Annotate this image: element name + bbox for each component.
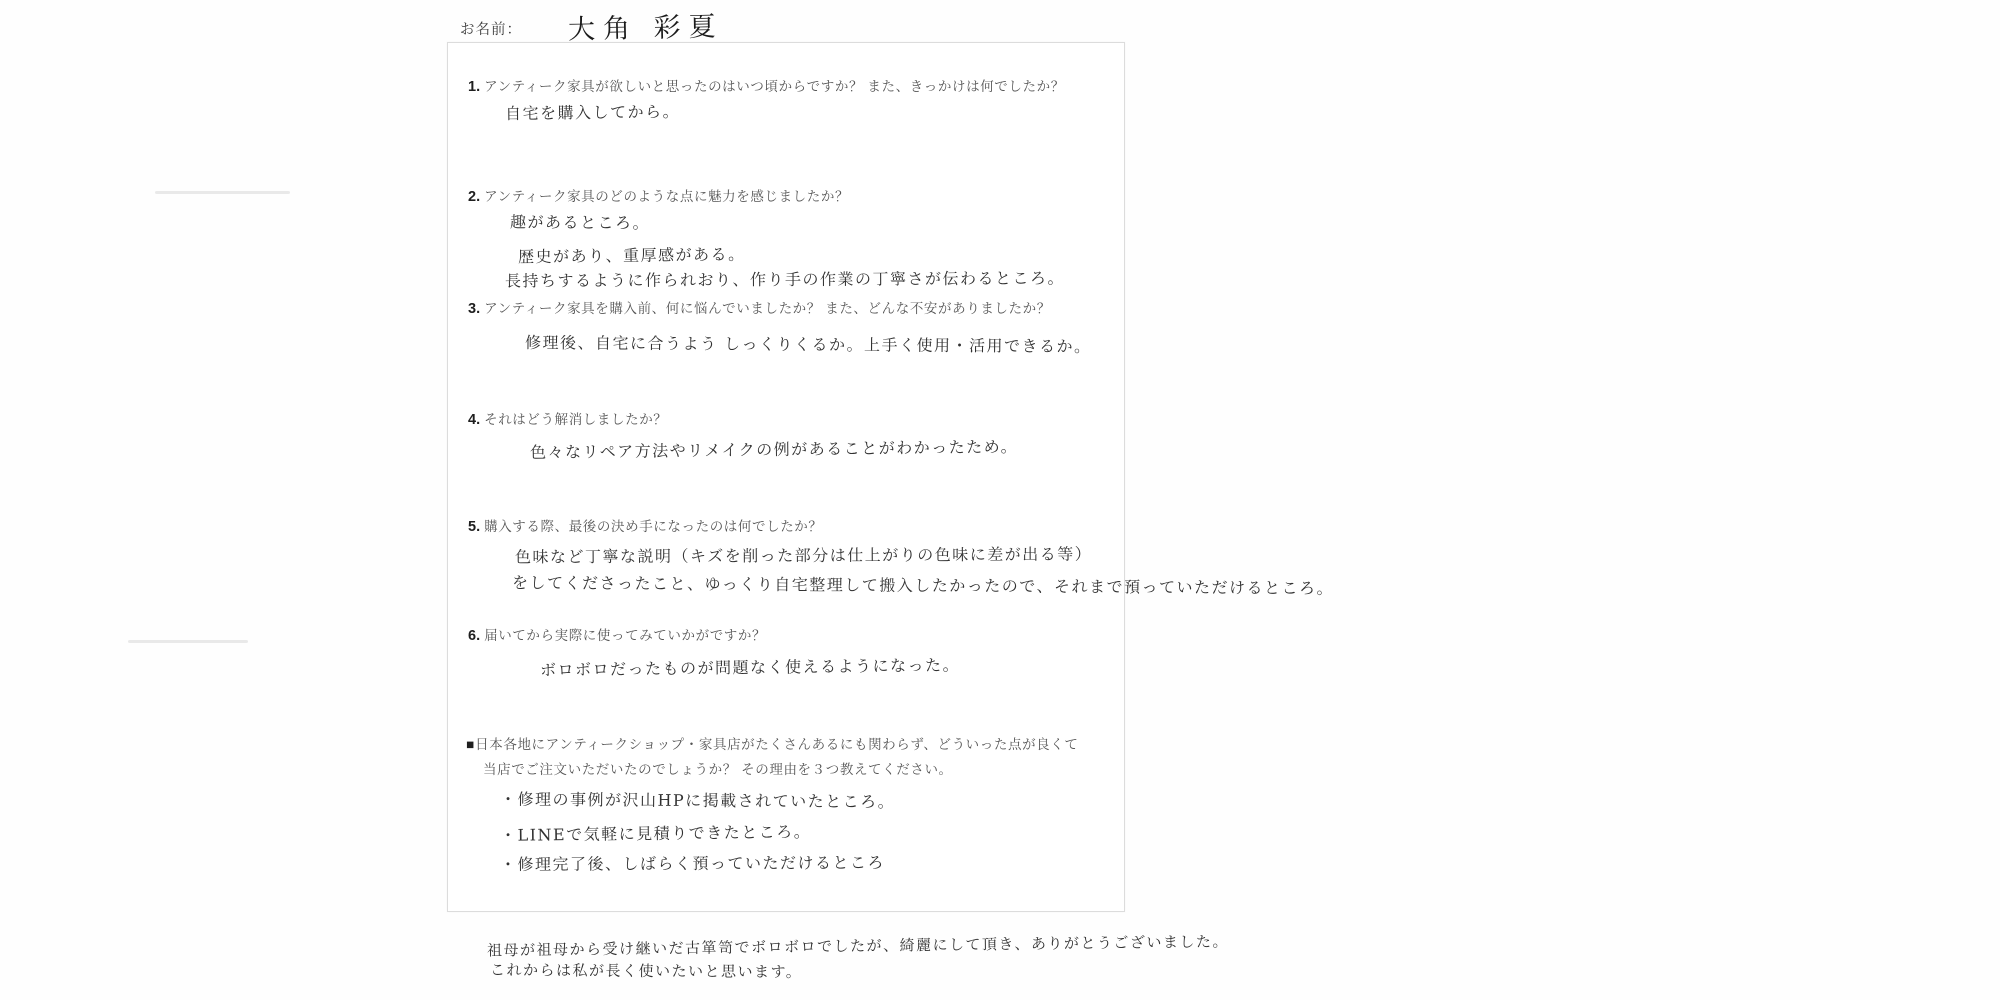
question-4: 4.それはどう解消しましたか？ [468,408,667,429]
footer-comment-line-2: これからは私が長く使いたいと思います。 [490,959,802,982]
answer-2-line-2: 歴史があり、重厚感がある。 [518,242,746,268]
question-3: 3.アンティーク家具を購入前、何に悩んでいましたか？ また、どんな不安がありまし… [468,297,1051,318]
name-label: お名前： [460,18,522,39]
handwritten-name: 大角 彩夏 [568,4,724,46]
final-question-line-1: ■日本各地にアンティークショップ・家具店がたくさんあるにも関わらず、どういった点… [466,733,1079,754]
final-answer-line-3: ・修理完了後、しばらく預っていただけるところ [500,850,885,875]
footer-comment-line-1: 祖母が祖母から受け継いだ古箪笥でボロボロでしたが、綺麗にして頂き、ありがとうござ… [487,930,1229,960]
question-6-number: 6. [468,628,480,644]
question-5: 5.購入する際、最後の決め手になったのは何でしたか？ [468,515,823,536]
question-2-text: アンティーク家具のどのような点に魅力を感じましたか？ [484,189,849,204]
answer-5-line-1: 色味など丁寧な説明（キズを削った部分は仕上がりの色味に差が出る等） [515,541,1092,567]
final-question-line-2: 当店でご注文いただいたのでしょうか？ その理由を３つ教えてください。 [483,758,953,779]
scan-artifact [155,191,290,194]
question-3-text: アンティーク家具を購入前、何に悩んでいましたか？ また、どんな不安がありましたか… [484,301,1051,316]
question-6-text: 届いてから実際に使ってみていかがですか？ [484,628,766,643]
question-1-number: 1. [468,79,480,95]
question-6: 6.届いてから実際に使ってみていかがですか？ [468,624,766,645]
answer-2-line-3: 長持ちするように作られおり、作り手の作業の丁寧さが伝わるところ。 [505,266,1065,292]
question-1: 1.アンティーク家具が欲しいと思ったのはいつ頃からですか？ また、きっかけは何で… [468,75,1065,96]
question-5-number: 5. [468,519,480,535]
question-2-number: 2. [468,189,480,205]
answer-2-line-1: 趣があるところ。 [510,210,650,234]
answer-1-line-1: 自宅を購入してから。 [505,99,680,124]
questionnaire-box [447,42,1125,912]
question-3-number: 3. [468,301,480,317]
scanned-questionnaire-page: お名前： 大角 彩夏 1.アンティーク家具が欲しいと思ったのはいつ頃からですか？… [0,0,2000,1000]
answer-3-line-1: 修理後、自宅に合うよう しっくりくるか。上手く使用・活用できるか。 [525,330,1092,357]
square-bullet-icon: ■ [466,737,474,752]
scan-artifact [128,640,248,643]
question-2: 2.アンティーク家具のどのような点に魅力を感じましたか？ [468,185,849,206]
question-5-text: 購入する際、最後の決め手になったのは何でしたか？ [484,519,822,534]
final-answer-line-1: ・修理の事例が沢山HPに掲載されていたところ。 [500,787,895,813]
question-1-text: アンティーク家具が欲しいと思ったのはいつ頃からですか？ また、きっかけは何でした… [484,79,1065,94]
final-answer-line-2: ・LINEで気軽に見積りできたところ。 [500,819,811,846]
question-4-text: それはどう解消しましたか？ [484,412,667,427]
question-4-number: 4. [468,412,480,428]
